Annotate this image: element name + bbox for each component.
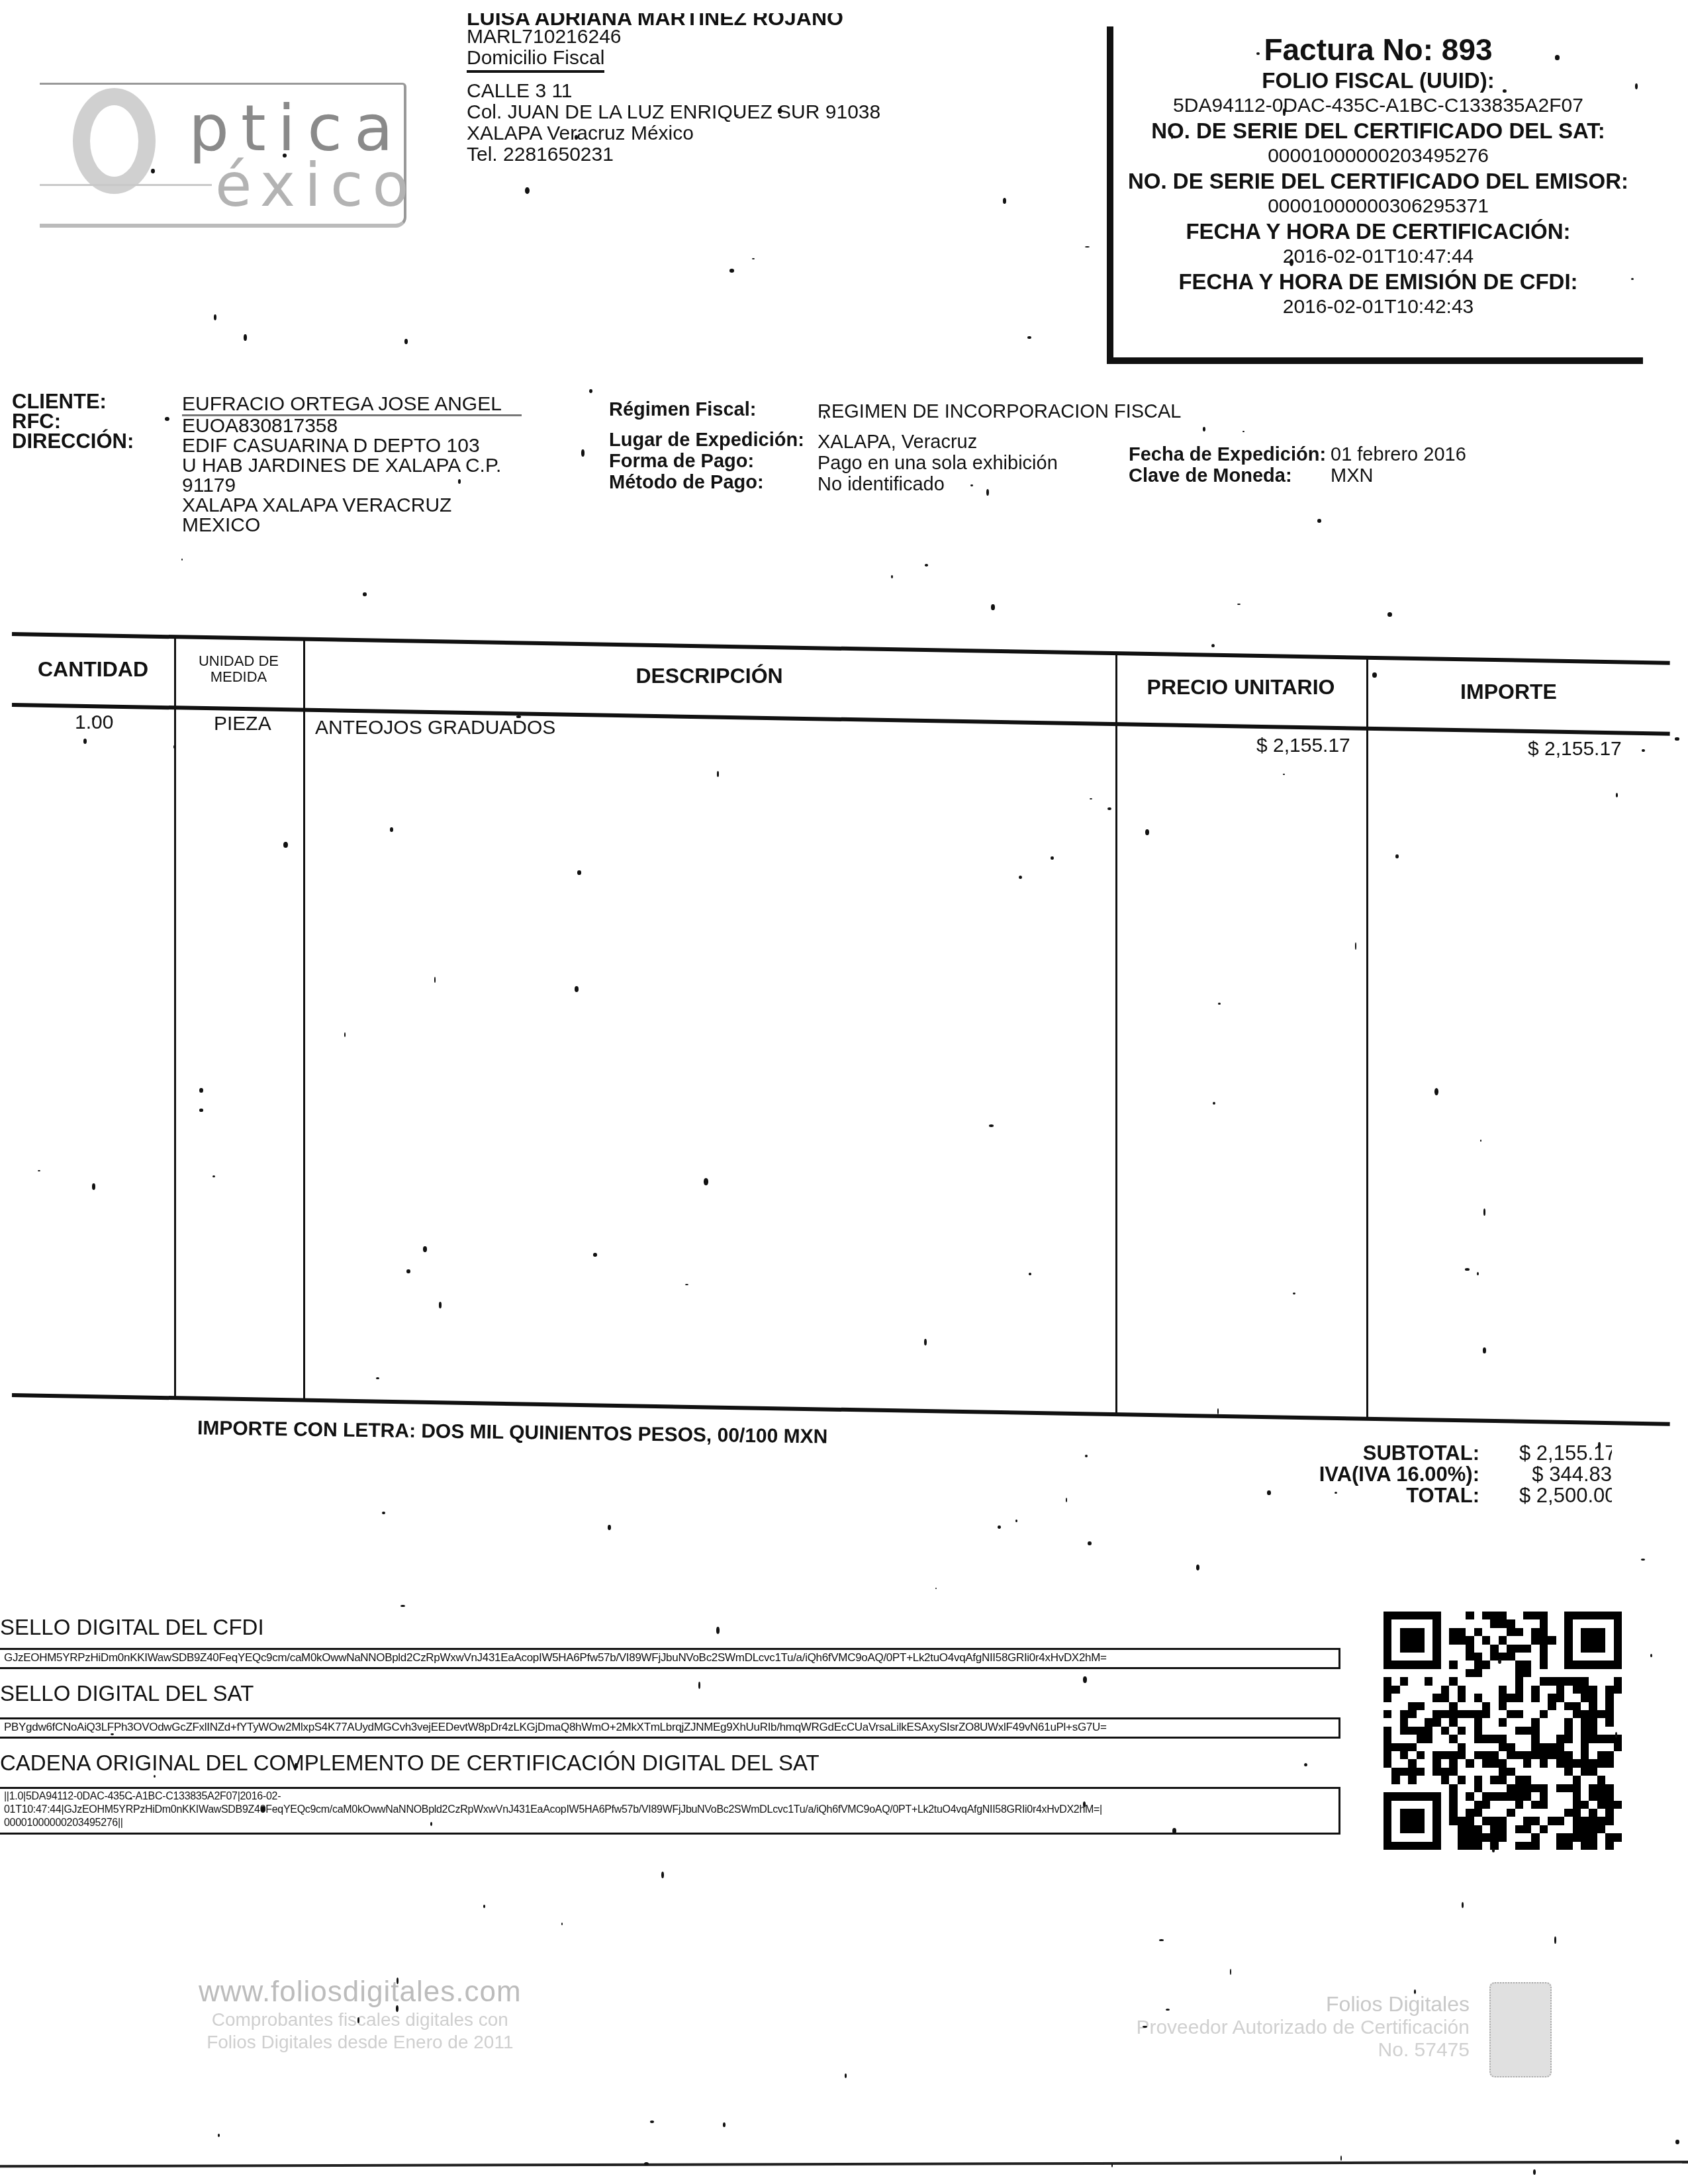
scan-speck — [404, 339, 407, 343]
scan-speck — [1218, 1003, 1220, 1005]
scan-speck — [845, 2073, 847, 2078]
sat-cert-label: NO. DE SERIE DEL CERTIFICADO DEL SAT: — [1113, 118, 1643, 144]
scan-speck — [1554, 1936, 1556, 1944]
scan-speck — [998, 1525, 1000, 1528]
client-address-line: MEXICO — [182, 516, 522, 535]
scan-speck — [400, 1605, 404, 1608]
scan-speck — [357, 2017, 359, 2023]
scan-speck — [970, 484, 972, 486]
bottom-rule — [0, 2161, 1688, 2168]
total-label: TOTAL: — [1297, 1485, 1479, 1506]
scan-speck — [1003, 198, 1006, 205]
scan-speck — [181, 559, 183, 561]
client-labels: CLIENTE: RFC: DIRECCIÓN: — [12, 392, 134, 451]
header-unidad-line1: UNIDAD DE — [174, 653, 303, 669]
scan-speck — [283, 154, 287, 158]
cadena-original-value: ||1.0|5DA94112-0DAC-435C-A1BC-C133835A2F… — [0, 1787, 1340, 1835]
forma-pago-value: Pago en una sola exhibición — [818, 454, 1181, 475]
scan-speck — [1462, 1902, 1464, 1908]
emitter-name: LUISA ADRIANA MARTINEZ ROJANO — [467, 13, 880, 26]
scan-speck — [1066, 1498, 1068, 1502]
scan-speck — [1372, 672, 1377, 678]
scan-speck — [1145, 829, 1149, 836]
scan-speck — [575, 135, 578, 140]
scan-speck — [1019, 876, 1022, 880]
scan-speck — [516, 715, 520, 718]
column-divider — [303, 637, 305, 1402]
scan-speck — [382, 1512, 385, 1514]
scan-speck — [1243, 431, 1244, 432]
totals-labels: SUBTOTAL: IVA(IVA 16.00%): TOTAL: — [1297, 1443, 1479, 1506]
optica-mexico-logo: ptica éxico — [40, 83, 406, 228]
scan-speck — [723, 2122, 725, 2127]
emission-date-label: FECHA Y HORA DE EMISIÓN DE CFDI: — [1113, 269, 1643, 295]
scan-speck — [1465, 1268, 1470, 1271]
items-table: CANTIDAD UNIDAD DE MEDIDA DESCRIPCIÓN PR… — [12, 632, 1670, 1433]
scan-speck — [1196, 1565, 1199, 1570]
scan-speck — [593, 1253, 598, 1257]
scan-speck — [823, 415, 825, 419]
scan-speck — [1085, 1455, 1088, 1458]
emisor-cert-label: NO. DE SERIE DEL CERTIFICADO DEL EMISOR: — [1113, 168, 1643, 195]
scan-speck — [1641, 1559, 1645, 1561]
scan-speck — [1533, 2169, 1536, 2175]
scan-speck — [1355, 942, 1357, 949]
regimen-value: REGIMEN DE INCORPORACION FISCAL — [818, 402, 1181, 433]
scan-speck — [925, 564, 928, 567]
regimen-label: Régimen Fiscal: — [609, 400, 804, 431]
scan-speck — [561, 1923, 563, 1926]
scan-speck — [173, 745, 175, 748]
scan-speck — [924, 1339, 927, 1345]
scan-speck — [704, 1178, 708, 1185]
scan-speck — [991, 604, 994, 610]
client-name: EUFRACIO ORTEGA JOSE ANGEL — [182, 394, 522, 416]
scan-speck — [483, 1905, 486, 1908]
scan-speck — [525, 187, 530, 194]
invoice-number: Factura No: 893 — [1113, 32, 1643, 68]
scan-speck — [199, 1088, 203, 1093]
scan-speck — [1498, 1659, 1501, 1664]
scan-speck — [735, 114, 739, 116]
sello-cfdi-value: GJzEOHM5YRPzHiDm0nKKIWawSDB9Z40FeqYEQc9c… — [0, 1648, 1340, 1669]
expedition-labels: Fecha de Expedición: Clave de Moneda: — [1129, 444, 1326, 486]
scan-speck — [698, 1682, 700, 1689]
scan-speck — [1304, 1763, 1307, 1766]
scan-speck — [716, 1627, 720, 1634]
scan-speck — [1085, 246, 1090, 248]
emitter-fiscal-label: Domicilio Fiscal — [467, 48, 604, 73]
scan-speck — [989, 1124, 993, 1126]
row-unidad: PIEZA — [214, 713, 271, 735]
scan-speck — [1492, 1848, 1495, 1852]
scan-speck — [1642, 749, 1645, 752]
scan-speck — [423, 1246, 427, 1252]
fecha-expedicion-label: Fecha de Expedición: — [1129, 444, 1326, 465]
scan-speck — [1107, 807, 1111, 811]
scan-speck — [581, 449, 585, 457]
scan-speck — [717, 771, 719, 776]
scan-speck — [1555, 55, 1560, 60]
expedition-values: 01 febrero 2016 MXN — [1331, 444, 1466, 486]
column-divider — [174, 635, 176, 1396]
scan-speck — [1230, 1969, 1231, 1976]
column-divider — [1115, 652, 1117, 1413]
scan-speck — [396, 2005, 399, 2012]
header-unidad: UNIDAD DE MEDIDA — [174, 653, 303, 685]
pac-number: No. 57475 — [1125, 2039, 1470, 2062]
scan-speck — [92, 1183, 95, 1189]
scan-speck — [752, 258, 755, 259]
client-label: CLIENTE: — [12, 392, 134, 412]
scan-speck — [1015, 1520, 1017, 1522]
emitter-address-line: CALLE 3 11 — [467, 81, 880, 102]
client-values: EUFRACIO ORTEGA JOSE ANGEL EUOA830817358… — [182, 394, 522, 535]
scan-speck — [397, 1978, 399, 1984]
uuid-label: FOLIO FISCAL (UUID): — [1113, 68, 1643, 94]
scan-speck — [1340, 2156, 1342, 2161]
logo-m-shape-icon — [40, 184, 212, 202]
scan-speck — [406, 1269, 410, 1274]
scan-speck — [729, 269, 734, 273]
sat-seal-icon — [1489, 1982, 1552, 2077]
scan-speck — [685, 1284, 688, 1285]
pac-tagline-2: Folios Digitales desde Enero de 2011 — [199, 2031, 522, 2054]
scan-speck — [439, 1302, 442, 1308]
scan-speck — [1211, 644, 1215, 647]
scan-speck — [935, 1588, 937, 1589]
emission-date-value: 2016-02-01T10:42:43 — [1113, 295, 1643, 319]
fecha-expedicion-value: 01 febrero 2016 — [1331, 444, 1466, 465]
moneda-label: Clave de Moneda: — [1129, 465, 1326, 486]
scan-speck — [199, 1109, 203, 1112]
lugar-value: XALAPA, Veracruz — [818, 433, 1181, 454]
pac-tagline-1: Comprobantes fiscales digitales con — [199, 2009, 522, 2031]
scan-speck — [650, 2120, 654, 2123]
total-value: $ 2,500.00 — [1519, 1485, 1612, 1506]
scan-speck — [390, 827, 393, 832]
header-precio-unitario: PRECIO UNITARIO — [1115, 675, 1366, 700]
header-cantidad: CANTIDAD — [12, 657, 174, 682]
scan-speck — [1088, 1541, 1092, 1545]
invoice-info-box: Factura No: 893 FOLIO FISCAL (UUID): 5DA… — [1107, 26, 1643, 364]
emitter-rfc: MARL710216246 — [467, 26, 880, 48]
scan-speck — [1480, 1140, 1481, 1141]
emitter-phone: Tel. 2281650231 — [467, 144, 880, 165]
pac-footer-left: www.foliosdigitales.com Comprobantes fis… — [199, 1976, 522, 2054]
iva-label: IVA(IVA 16.00%): — [1297, 1464, 1479, 1485]
header-descripcion: DESCRIPCIÓN — [303, 664, 1115, 688]
metodo-pago-label: Método de Pago: — [609, 473, 804, 494]
scan-speck — [661, 1872, 664, 1878]
fiscal-values: REGIMEN DE INCORPORACION FISCAL XALAPA, … — [818, 402, 1181, 496]
scan-speck — [1675, 737, 1679, 741]
logo-o-ring-icon — [73, 88, 156, 194]
scan-speck — [244, 334, 247, 341]
row-importe: $ 2,155.17 — [1528, 738, 1647, 760]
cadena-original-title: CADENA ORIGINAL DEL COMPLEMENTO DE CERTI… — [0, 1751, 820, 1776]
sello-sat-value: PBYgdw6fCNoAiQ3LFPh3OVOdwGcZFxlINZd+fYTy… — [0, 1717, 1340, 1739]
scan-speck — [1650, 1654, 1652, 1657]
emitter-address-line: Col. JUAN DE LA LUZ ENRIQUEZ SUR 91038 — [467, 102, 880, 123]
scan-speck — [577, 870, 581, 874]
qr-code — [1383, 1612, 1622, 1850]
scan-speck — [1387, 612, 1392, 617]
pac-authorization: Proveedor Autorizado de Certificación — [1125, 2017, 1470, 2039]
sello-sat-title: SELLO DIGITAL DEL SAT — [0, 1681, 254, 1706]
fiscal-labels: Régimen Fiscal: Lugar de Expedición: For… — [609, 400, 804, 494]
scan-speck — [1083, 1676, 1087, 1683]
sello-cfdi-title: SELLO DIGITAL DEL CFDI — [0, 1615, 264, 1640]
pac-footer-right: Folios Digitales Proveedor Autorizado de… — [1125, 1992, 1470, 2062]
emisor-cert-value: 00001000000306295371 — [1113, 195, 1643, 218]
pac-url: www.foliosdigitales.com — [199, 1976, 522, 2009]
subtotal-label: SUBTOTAL: — [1297, 1443, 1479, 1464]
scan-speck — [218, 2134, 220, 2137]
row-precio: $ 2,155.17 — [1256, 735, 1350, 757]
emitter-block: LUISA ADRIANA MARTINEZ ROJANO MARL710216… — [467, 13, 880, 165]
row-cantidad: 1.00 — [75, 711, 113, 734]
header-importe: IMPORTE — [1366, 680, 1651, 704]
rfc-label: RFC: — [12, 412, 134, 432]
scan-speck — [376, 1377, 379, 1379]
scan-speck — [589, 389, 592, 392]
cert-date-value: 2016-02-01T10:47:44 — [1113, 245, 1643, 269]
uuid-value: 5DA94112-0DAC-435C-A1BC-C133835A2F07 — [1113, 94, 1643, 118]
scan-speck — [1483, 1208, 1485, 1215]
moneda-value: MXN — [1331, 465, 1466, 486]
scan-speck — [1203, 427, 1205, 432]
scan-speck — [1027, 336, 1031, 340]
scan-speck — [363, 592, 367, 596]
totals-values: $ 2,155.17 $ 344.83 $ 2,500.00 — [1519, 1443, 1612, 1506]
scan-speck — [1635, 83, 1638, 89]
forma-pago-label: Forma de Pago: — [609, 452, 804, 473]
pac-name: Folios Digitales — [1125, 1992, 1470, 2017]
scan-speck — [214, 314, 216, 320]
scan-speck — [1159, 1939, 1164, 1941]
scan-speck — [891, 575, 893, 578]
client-address-line: 91179 — [182, 476, 522, 496]
scan-speck — [1395, 854, 1398, 858]
logo-text-line2: éxico — [215, 151, 418, 220]
scan-speck — [1483, 1347, 1485, 1354]
row-descripcion: ANTEOJOS GRADUADOS — [315, 717, 555, 739]
client-address-line: XALAPA XALAPA VERACRUZ — [182, 496, 522, 516]
client-address-line: EDIF CASUARINA D DEPTO 103 — [182, 436, 522, 456]
address-label: DIRECCIÓN: — [12, 432, 134, 451]
lugar-label: Lugar de Expedición: — [609, 431, 804, 452]
scan-speck — [1675, 2140, 1679, 2144]
scan-speck — [1143, 2026, 1147, 2028]
scan-speck — [778, 108, 782, 114]
sat-cert-value: 00001000000203495276 — [1113, 144, 1643, 168]
emitter-address-line: XALAPA Veracruz México — [467, 123, 880, 144]
header-unidad-line2: MEDIDA — [174, 669, 303, 685]
client-address-line: U HAB JARDINES DE XALAPA C.P. — [182, 456, 522, 476]
scan-speck — [430, 1822, 432, 1826]
scan-speck — [608, 1525, 611, 1529]
scan-speck — [1237, 604, 1241, 606]
cert-date-label: FECHA Y HORA DE CERTIFICACIÓN: — [1113, 218, 1643, 245]
scan-speck — [154, 1775, 156, 1778]
metodo-pago-value: No identificado — [818, 475, 1181, 496]
scan-speck — [1051, 856, 1054, 860]
scan-speck — [1283, 109, 1285, 116]
iva-value: $ 344.83 — [1519, 1464, 1612, 1485]
scan-speck — [1267, 1490, 1271, 1495]
scan-speck — [165, 417, 169, 421]
scan-speck — [1598, 1442, 1600, 1449]
scan-speck — [111, 1733, 114, 1735]
scan-speck — [1317, 519, 1321, 523]
client-rfc: EUOA830817358 — [182, 416, 522, 436]
column-divider — [1366, 657, 1368, 1418]
